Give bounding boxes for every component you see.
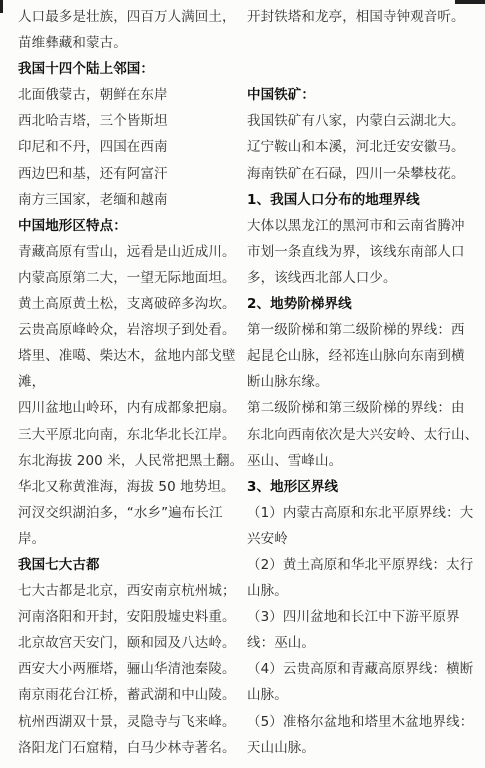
- text-line: 断山脉东缘。: [247, 369, 481, 395]
- heading-line: 中国地形区特点：: [18, 213, 242, 239]
- text-line: 滩，: [18, 369, 242, 395]
- text-line: 塔里、准噶、柴达木，盆地内部戈壁: [18, 343, 242, 369]
- text-line: 南方三国家，老缅和越南: [18, 187, 242, 213]
- text-line: 印尼和不丹，四国在西南: [18, 134, 242, 160]
- text-line: 开封铁塔和龙亭，相国寺钟观音听。: [247, 4, 481, 30]
- text-line: 北京故宫天安门，颐和园及八达岭。: [18, 630, 242, 656]
- page-edge-mark-left: [0, 0, 3, 13]
- text-line: 多，该线西北部人口少。: [247, 265, 481, 291]
- text-line: 河汊交织湖泊多，“水乡”遍布长江: [18, 500, 242, 526]
- text-line: 我国铁矿有八家，内蒙白云湖北大。: [247, 108, 481, 134]
- text-line: （2）黄土高原和华北平原界线：太行: [247, 552, 481, 578]
- text-line: 华北又称黄淮海，海拔 50 地势坦。: [18, 474, 242, 500]
- text-line: 人口最多是壮族，四百万人满回土，: [18, 4, 242, 30]
- heading-line: 我国七大古都: [18, 552, 242, 578]
- text-line: 山脉。: [247, 578, 481, 604]
- text-line: 市划一条直线为界，该线东南部人口: [247, 239, 481, 265]
- text-line: 七大古都是北京，西安南京杭州城；: [18, 578, 242, 604]
- heading-line: 3、地形区界线: [247, 474, 481, 500]
- text-line: 杭州西湖双十景，灵隐寺与飞来峰。: [18, 709, 242, 735]
- text-line: 苗维彝藏和蒙古。: [18, 30, 242, 56]
- text-line: 岸。: [18, 526, 242, 552]
- text-line: 辽宁鞍山和本溪，河北迁安安徽马。: [247, 134, 481, 160]
- text-line: 洛阳龙门石窟精，白马少林寺著名。: [18, 735, 242, 761]
- text-line: （1）内蒙古高原和东北平原界线：大: [247, 500, 481, 526]
- text-line: 四川盆地山岭环，内有成都象把扇。: [18, 395, 242, 421]
- text-line: 东北海拔 200 米，人民常把黑土翻。: [18, 448, 242, 474]
- text-line: 西安大小两雁塔，骊山华清池秦陵。: [18, 656, 242, 682]
- text-line: 河南洛阳和开封，安阳殷墟史料重。: [18, 604, 242, 630]
- text-line: 天山山脉。: [247, 735, 481, 761]
- text-line: 线：巫山。: [247, 630, 481, 656]
- text-line: 大体以黑龙江的黑河市和云南省腾冲: [247, 213, 481, 239]
- text-line: 巫山、雪峰山。: [247, 448, 481, 474]
- text-line: 第一级阶梯和第二级阶梯的界线：西: [247, 317, 481, 343]
- column-right: 开封铁塔和龙亭，相国寺钟观音听。中国铁矿：我国铁矿有八家，内蒙白云湖北大。辽宁鞍…: [247, 4, 481, 761]
- text-line: 内蒙高原第二大，一望无际地面坦。: [18, 265, 242, 291]
- text-line: 三大平原北向南，东北华北长江岸。: [18, 422, 242, 448]
- text-line: 海南铁矿在石碌，四川一朵攀枝花。: [247, 161, 481, 187]
- text-line: 青藏高原有雪山，远看是山近成川。: [18, 239, 242, 265]
- text-line: 兴安岭: [247, 526, 481, 552]
- text-line: 东北向西南依次是大兴安岭、太行山、: [247, 422, 481, 448]
- text-line: （3）四川盆地和长江中下游平原界: [247, 604, 481, 630]
- text-line: （5）准格尔盆地和塔里木盆地界线：: [247, 709, 481, 735]
- text-line: 黄土高原黄土松，支离破碎多沟坎。: [18, 291, 242, 317]
- column-left: 人口最多是壮族，四百万人满回土，苗维彝藏和蒙古。我国十四个陆上邻国：北面俄蒙古，…: [18, 4, 242, 761]
- heading-line: 我国十四个陆上邻国：: [18, 56, 242, 82]
- heading-line: 1、我国人口分布的地理界线: [247, 187, 481, 213]
- text-line: 第二级阶梯和第三级阶梯的界线：由: [247, 395, 481, 421]
- text-line: 南京雨花台江桥，蓄武湖和中山陵。: [18, 682, 242, 708]
- text-line: [247, 30, 481, 56]
- document-page: 人口最多是壮族，四百万人满回土，苗维彝藏和蒙古。我国十四个陆上邻国：北面俄蒙古，…: [0, 0, 485, 768]
- text-line: [247, 56, 481, 82]
- text-line: 云贵高原峰岭众，岩溶坝子到处看。: [18, 317, 242, 343]
- text-line: 北面俄蒙古，朝鲜在东岸: [18, 82, 242, 108]
- heading-line: 中国铁矿：: [247, 82, 481, 108]
- text-line: （4）云贵高原和青藏高原界线：横断: [247, 656, 481, 682]
- text-line: 西边巴和基，还有阿富汗: [18, 161, 242, 187]
- heading-line: 2、地势阶梯界线: [247, 291, 481, 317]
- text-line: 山脉。: [247, 682, 481, 708]
- text-line: 起昆仑山脉，经祁连山脉向东南到横: [247, 343, 481, 369]
- text-line: 西北哈吉塔，三个皆斯坦: [18, 108, 242, 134]
